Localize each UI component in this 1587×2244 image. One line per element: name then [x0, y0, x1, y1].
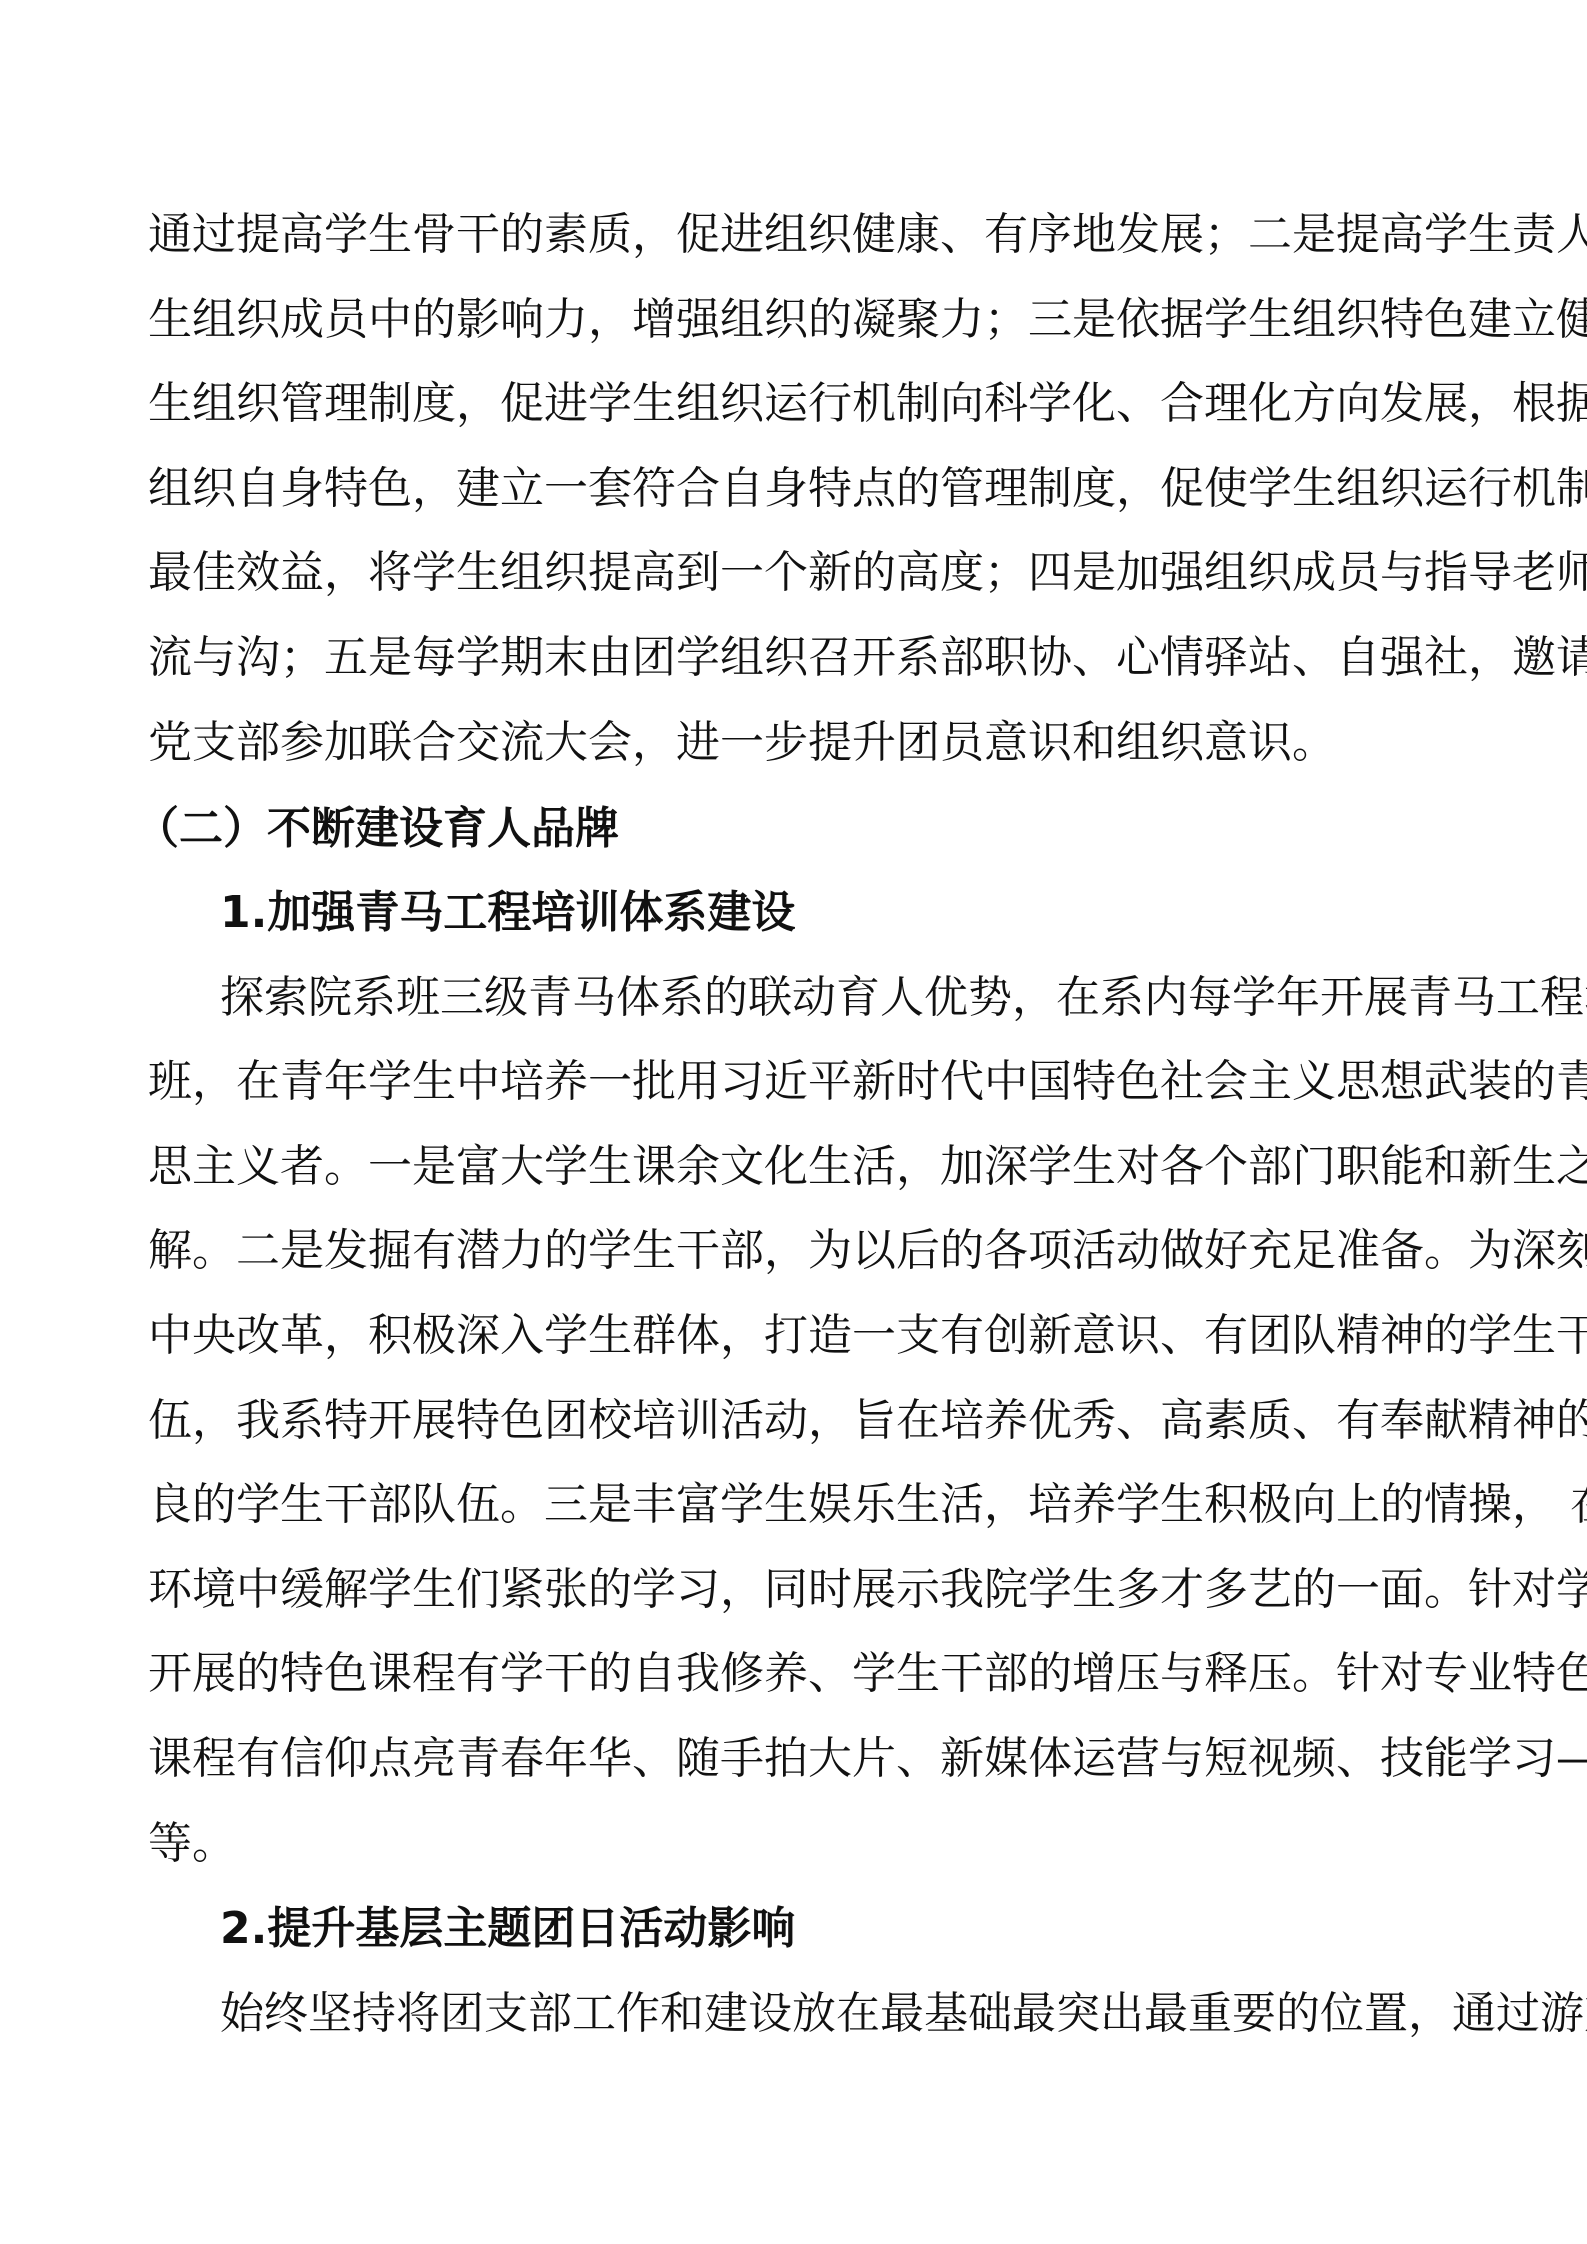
paragraph-line: 通过提高学生骨干的素质，促进组织健康、有序地发展；二是提高学生责人在学	[148, 205, 1460, 265]
paragraph-line: 生组织成员中的影响力，增强组织的凝聚力；三是依据学生组织特色建立健全学	[148, 290, 1460, 350]
paragraph-line: 最佳效益，将学生组织提高到一个新的高度；四是加强组织成员与指导老师的交	[148, 543, 1460, 603]
paragraph-line: 良的学生干部队伍。三是丰富学生娱乐生活，培养学生积极向上的情操， 在轻松的	[148, 1475, 1460, 1535]
paragraph-line: 等。	[148, 1814, 1460, 1874]
paragraph-line: 中央改革，积极深入学生群体，打造一支有创新意识、有团队精神的学生干部队	[148, 1306, 1460, 1366]
paragraph-line: 组织自身特色，建立一套符合自身特点的管理制度，促使学生组织运行机制发挥	[148, 459, 1460, 519]
paragraph-line: 环境中缓解学生们紧张的学习，同时展示我院学生多才多艺的一面。针对学生干部	[148, 1560, 1460, 1620]
subsection-heading: 2.提升基层主题团日活动影响	[220, 1899, 795, 1959]
paragraph-line: 探索院系班三级青马体系的联动育人优势，在系内每学年开展青马工程培训	[220, 968, 1460, 1028]
paragraph-line: 班，在青年学生中培养一批用习近平新时代中国特色社会主义思想武装的青年马克	[148, 1052, 1460, 1112]
paragraph-line: 解。二是发掘有潜力的学生干部，为以后的各项活动做好充足准备。为深刻落实团	[148, 1221, 1460, 1281]
paragraph-line: 始终坚持将团支部工作和建设放在最基础最突出最重要的位置，通过游戏系	[220, 1984, 1460, 2044]
subsection-heading: 1.加强青马工程培训体系建设	[220, 883, 795, 943]
paragraph-line: 党支部参加联合交流大会，进一步提升团员意识和组织意识。	[148, 713, 1460, 773]
paragraph-line: 生组织管理制度，促进学生组织运行机制向科学化、合理化方向发展，根据学生	[148, 374, 1460, 434]
paragraph-line: 思主义者。一是富大学生课余文化生活，加深学生对各个部门职能和新生之间的了	[148, 1137, 1460, 1197]
paragraph-line: 开展的特色课程有学干的自我修养、学生干部的增压与释压。针对专业特色开展的	[148, 1644, 1460, 1704]
paragraph-line: 课程有信仰点亮青春年华、随手拍大片、新媒体运营与短视频、技能学习——演讲	[148, 1729, 1460, 1789]
section-heading: （二）不断建设育人品牌	[135, 799, 619, 859]
paragraph-line: 伍，我系特开展特色团校培训活动，旨在培养优秀、高素质、有奉献精神的作风优	[148, 1391, 1460, 1451]
paragraph-line: 流与沟；五是每学期末由团学组织召开系部职协、心情驿站、自强社，邀请学生	[148, 628, 1460, 688]
document-page: 通过提高学生骨干的素质，促进组织健康、有序地发展；二是提高学生责人在学 生组织成…	[0, 0, 1587, 2244]
